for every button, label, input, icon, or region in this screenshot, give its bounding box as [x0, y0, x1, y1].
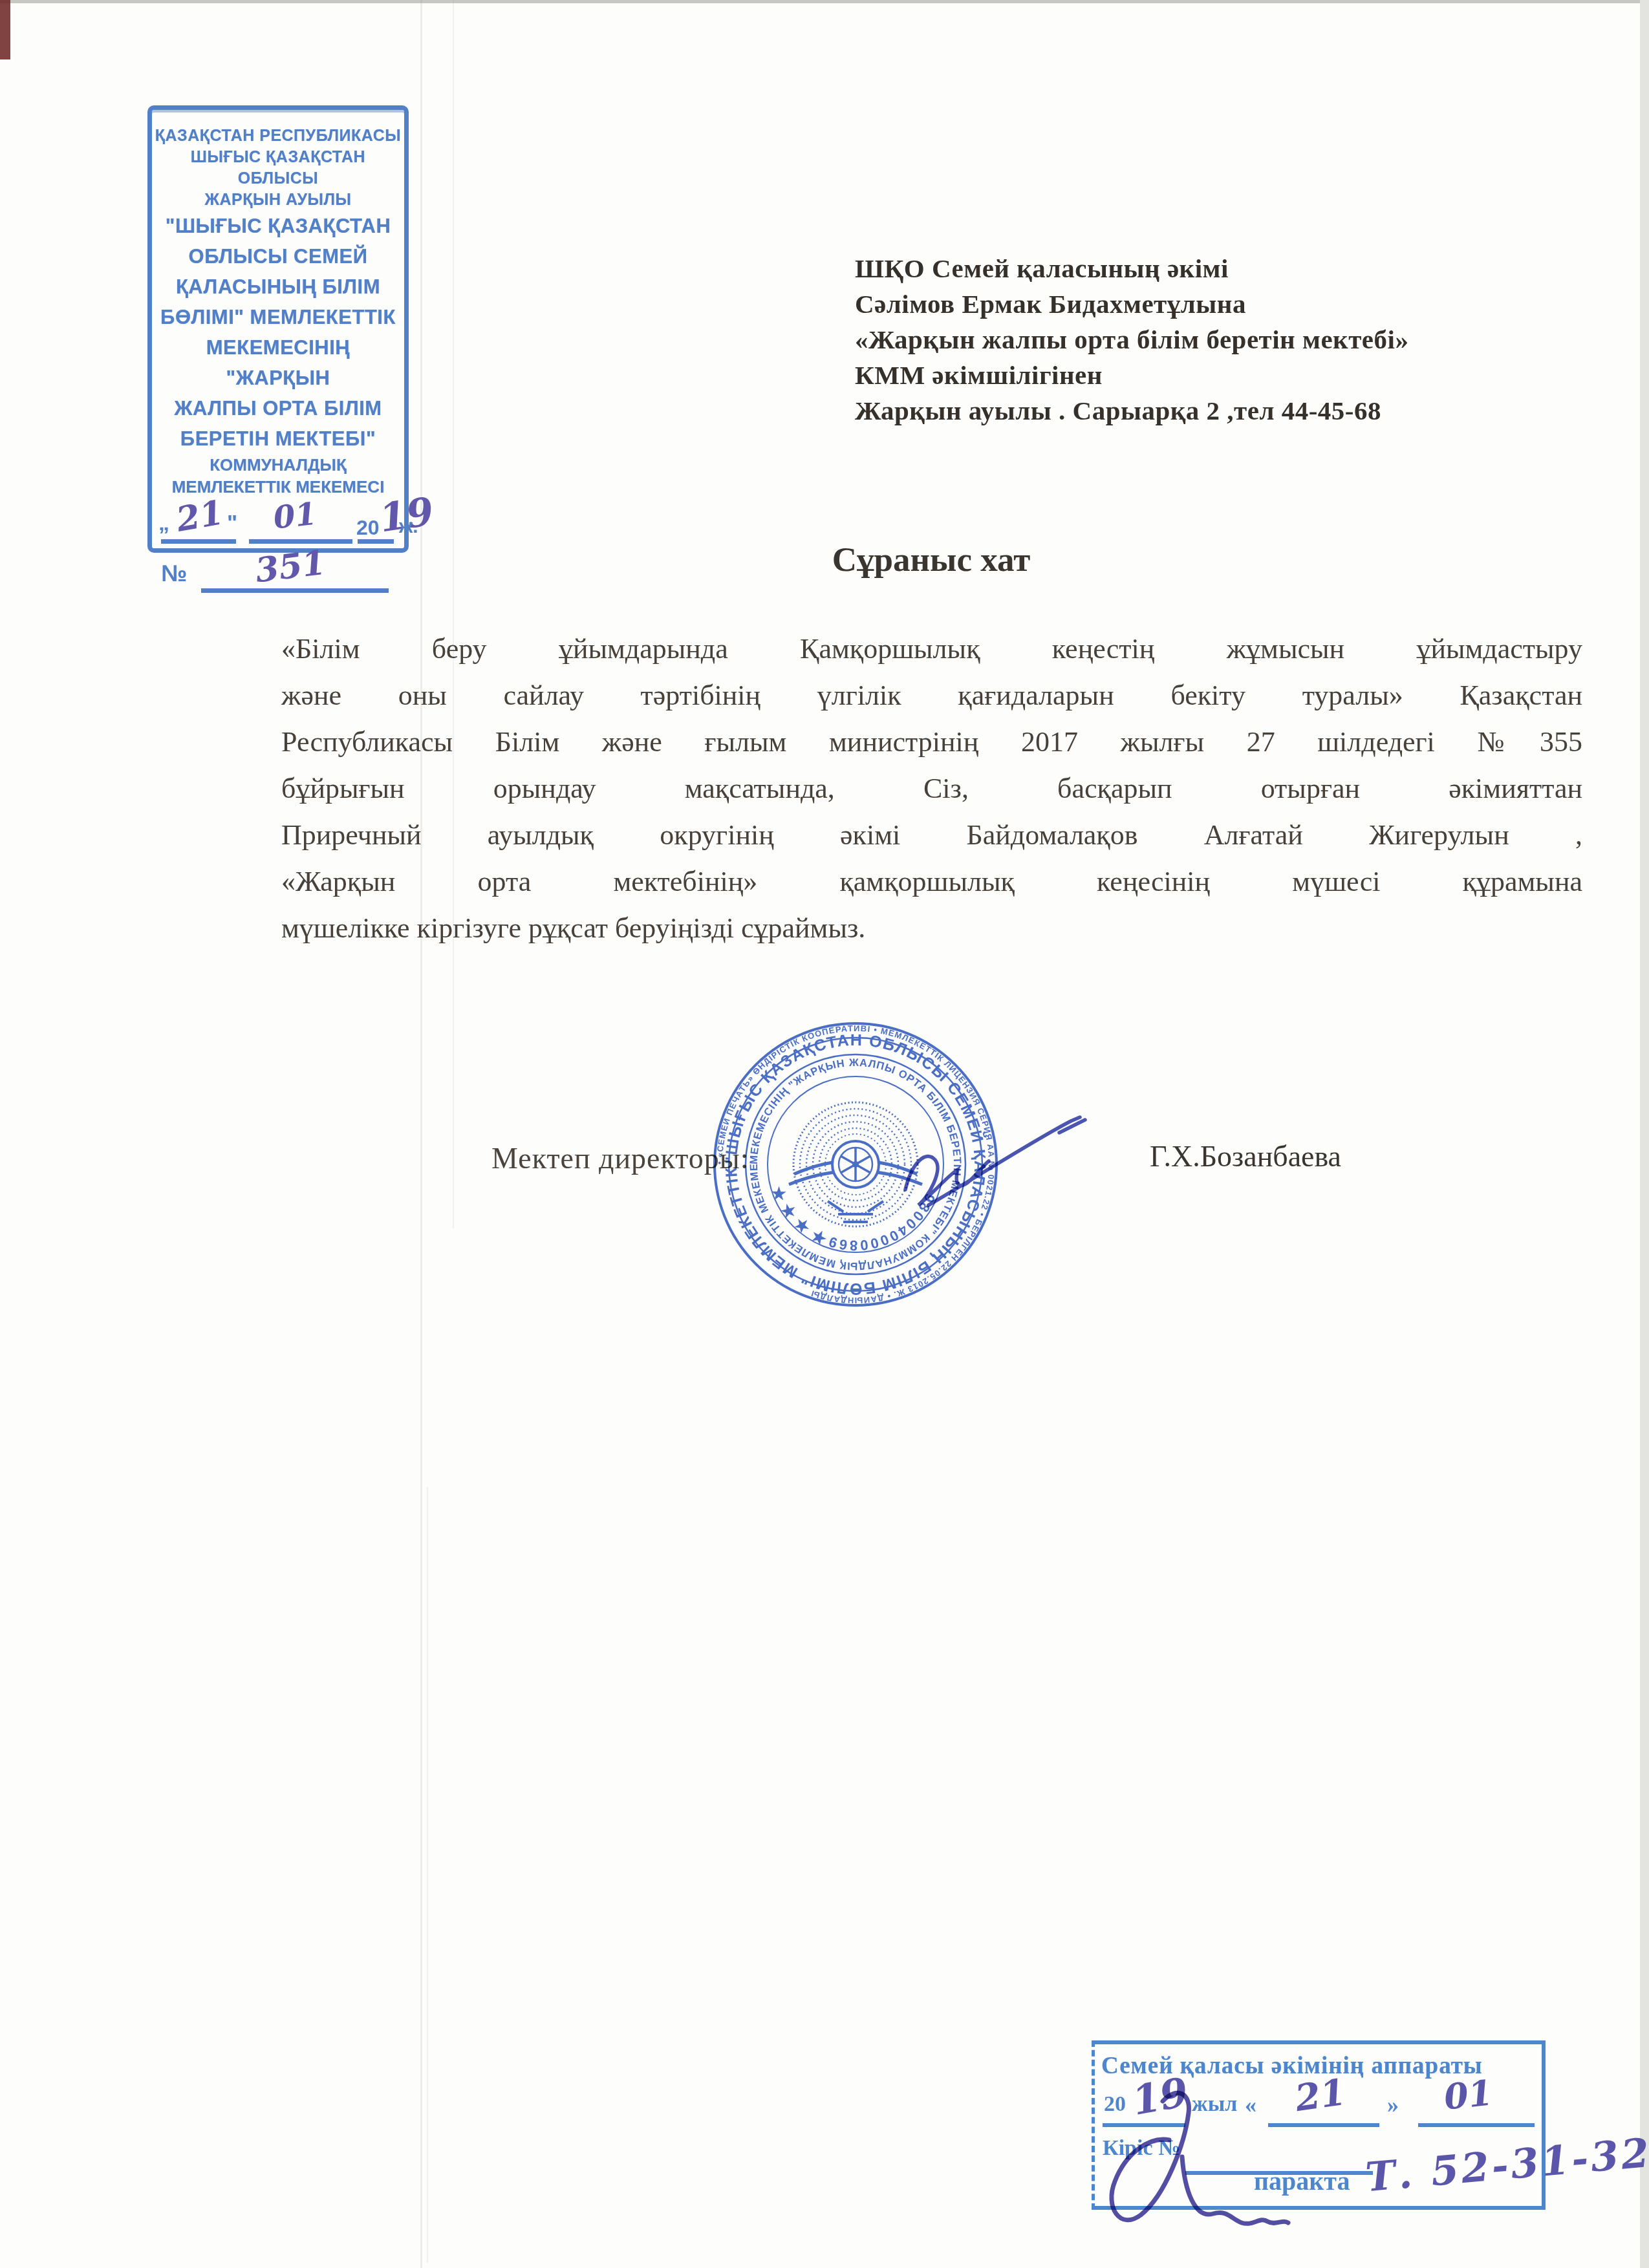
scan-edge-artifact [0, 0, 1649, 3]
stamp-line: ОБЛЫСЫ СЕМЕЙ [152, 241, 404, 272]
body-line: «Білім беру ұйымдарында Қамқоршылық кеңе… [281, 626, 1582, 672]
letter-body: «Білім беру ұйымдарында Қамқоршылық кеңе… [281, 626, 1582, 952]
addressee-block: ШҚО Семей қаласының әкімі Сәлімов Ермак … [855, 251, 1592, 429]
stamp-line: МЕКЕМЕСІНІҢ "ЖАРҚЫН [152, 332, 404, 393]
signer-position-label: Мектеп директоры: [491, 1141, 749, 1175]
addressee-line: «Жарқын жалпы орта білім беретін мектебі… [855, 322, 1592, 358]
paper-fold-line [453, 0, 454, 1228]
body-line: Республикасы Білім және ғылым министріні… [281, 719, 1582, 765]
stamp-line: "ШЫҒЫС ҚАЗАҚСТАН [152, 211, 404, 241]
blank-underline [201, 588, 389, 593]
stamp-line: ҚАЛАСЫНЫҢ БІЛІМ [152, 272, 404, 302]
stamp-line: БӨЛІМІ" МЕМЛЕКЕТТІК [152, 302, 404, 332]
scan-corner-artifact [0, 0, 10, 59]
stamp-line: ҚАЗАҚСТАН РЕСПУБЛИКАСЫ [152, 125, 404, 147]
stamp-line: ШЫҒЫС ҚАЗАҚСТАН ОБЛЫСЫ [152, 147, 404, 189]
addressee-line: Жарқын ауылы . Сарыарқа 2 ,тел 44-45-68 [855, 393, 1592, 429]
paper-fold-line [427, 1487, 428, 2263]
signer-name: Г.Х.Бозанбаева [1150, 1139, 1341, 1173]
addressee-line: КММ әкімшілігінен [855, 358, 1592, 393]
handwritten-day: 21 [173, 493, 226, 540]
stamp-line: МЕМЛЕКЕТТІК МЕКЕМЕСІ [152, 476, 404, 498]
body-line: және оны сайлау тәртібінің үлгілік қағид… [281, 672, 1582, 719]
quote-mark: " [227, 511, 237, 536]
addressee-line: Сәлімов Ермак Бидахметұлына [855, 286, 1592, 322]
letter-title: Сұраныс хат [281, 540, 1581, 579]
stamp-line: КОММУНАЛДЫҚ [152, 454, 404, 476]
scanned-letter-page: ҚАЗАҚСТАН РЕСПУБЛИКАСЫ ШЫҒЫС ҚАЗАҚСТАН О… [0, 0, 1649, 2268]
scan-edge-shadow [1640, 0, 1649, 2268]
clerk-signature [1086, 2056, 1539, 2250]
year-suffix: ж. [399, 516, 418, 538]
paper-fold-line [420, 0, 422, 2268]
body-line: «Жарқын орта мектебінің» қамқоршылық кең… [281, 859, 1582, 905]
director-signature [711, 1073, 1164, 1241]
blank-underline [161, 539, 236, 544]
body-line: бұйрығын орындау мақсатында, Сіз, басқар… [281, 765, 1582, 812]
handwritten-month: 01 [272, 496, 318, 537]
printed-year-prefix: 20 [356, 516, 380, 540]
addressee-line: ШҚО Семей қаласының әкімі [855, 251, 1592, 286]
stamp-line: ЖАРҚЫН АУЫЛЫ [152, 189, 404, 211]
institution-corner-stamp: ҚАЗАҚСТАН РЕСПУБЛИКАСЫ ШЫҒЫС ҚАЗАҚСТАН О… [147, 105, 409, 553]
body-line: мүшелікке кіргізуге рұқсат беруіңізді сұ… [281, 905, 1582, 952]
number-label: № [161, 560, 187, 587]
stamp-line: ЖАЛПЫ ОРТА БІЛІМ [152, 393, 404, 423]
stamp-line: БЕРЕТІН МЕКТЕБІ" [152, 423, 404, 454]
quote-mark: „ [158, 511, 169, 536]
body-line: Приречный ауылдық округінің әкімі Байдом… [281, 812, 1582, 859]
